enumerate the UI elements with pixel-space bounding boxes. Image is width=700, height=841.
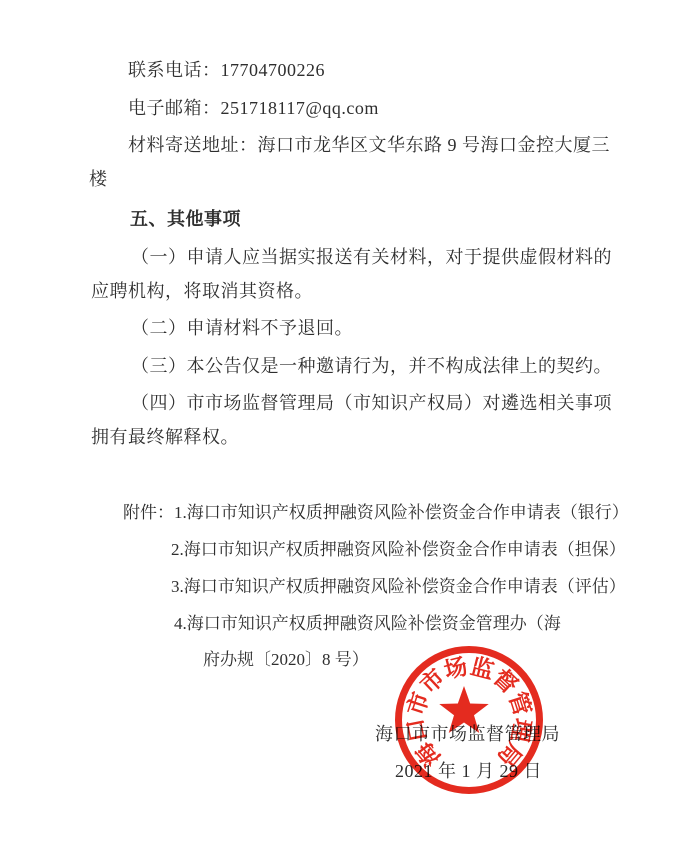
item-3: （三）本公告仅是一种邀请行为，并不构成法律上的契约。: [131, 356, 612, 377]
attachment-4-line-1: 4.海口市知识产权质押融资风险补偿资金管理办（海: [174, 614, 561, 634]
contact-email: 电子邮箱：251718117@qq.com: [128, 98, 379, 119]
seal-star: [439, 686, 488, 733]
item-1-line-2: 应聘机构，将取消其资格。: [91, 281, 313, 302]
seal-char: 口: [403, 717, 432, 744]
mailing-address-cont: 楼: [89, 169, 108, 190]
official-seal: 海口市市场监督管理局: [393, 644, 545, 796]
item-1-line-1: （一）申请人应当据实报送有关材料，对于提供虚假材料的: [131, 247, 612, 268]
mailing-address: 材料寄送地址：海口市龙华区文华东路 9 号海口金控大厦三: [128, 135, 610, 156]
contact-phone: 联系电话：17704700226: [128, 60, 325, 81]
item-4-line-2: 拥有最终解释权。: [91, 427, 239, 448]
section-5-heading: 五、其他事项: [130, 209, 241, 230]
attachment-4-line-2: 府办规〔2020〕8 号）: [203, 650, 369, 670]
text-layer: 联系电话：17704700226电子邮箱：251718117@qq.com材料寄…: [0, 0, 700, 841]
seal-char: 场: [442, 654, 470, 684]
attachment-2: 2.海口市知识产权质押融资风险补偿资金合作申请表（担保）: [171, 540, 626, 560]
item-2: （二）申请材料不予退回。: [131, 318, 353, 339]
document-page: 联系电话：17704700226电子邮箱：251718117@qq.com材料寄…: [0, 0, 700, 841]
attachment-3: 3.海口市知识产权质押融资风险补偿资金合作申请表（评估）: [171, 577, 626, 597]
item-4-line-1: （四）市市场监督管理局（市知识产权局）对遴选相关事项: [131, 393, 612, 414]
attachment-1: 附件：1.海口市知识产权质押融资风险补偿资金合作申请表（银行）: [123, 503, 629, 523]
